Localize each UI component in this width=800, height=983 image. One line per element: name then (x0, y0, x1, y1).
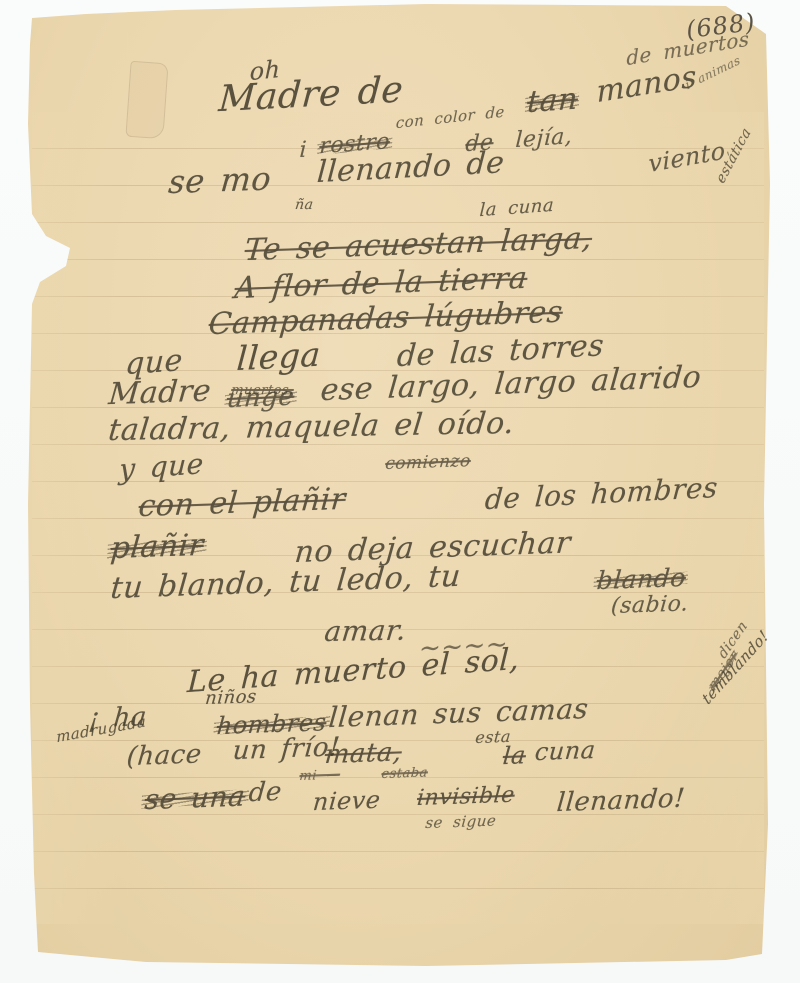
handwriting-fragment: llega (236, 338, 322, 376)
handwriting-fragment: con el plañir (137, 485, 347, 522)
handwriting-fragment: lejía, (515, 126, 573, 152)
handwriting-fragment: de (248, 779, 283, 806)
handwriting-fragment: con color de (396, 105, 505, 132)
handwriting-fragment: estaba (381, 766, 429, 781)
handwriting-fragment: tu blando, tu ledo, tu (109, 562, 462, 604)
handwriting-fragment: de los hombres (484, 474, 719, 514)
handwriting-fragment: se sigue (425, 814, 497, 832)
handwriting-fragment: blando (596, 565, 687, 593)
handwriting-fragment: nieve (312, 788, 382, 814)
handwriting-fragment: se mo (167, 162, 272, 198)
handwriting-fragment: niños (204, 688, 257, 708)
handwriting-layer: de muertosi animasohMadre detanmanoscon … (0, 0, 800, 983)
handwriting-fragment: amar. (323, 617, 408, 646)
handwriting-fragment: unge (226, 384, 296, 412)
handwriting-fragment: viento (648, 138, 726, 176)
handwriting-fragment: se una (144, 782, 247, 814)
handwriting-fragment: taladra, maquela el oído. (107, 409, 516, 446)
handwriting-fragment: (hace (126, 741, 203, 770)
handwriting-fragment: ese largo, largo alarido (319, 363, 702, 406)
handwriting-fragment: plañir (109, 531, 205, 564)
handwriting-fragment: llenando de (316, 148, 506, 188)
handwriting-fragment: Madre de (217, 72, 404, 118)
handwriting-fragment: llenan sus camas (328, 695, 590, 732)
handwriting-fragment: la (502, 743, 527, 768)
handwriting-fragment: llenando! (556, 786, 686, 817)
handwriting-fragment: mata, (324, 739, 403, 768)
handwriting-fragment: Madre (107, 376, 212, 410)
handwriting-fragment: mi — (299, 769, 341, 783)
handwriting-fragment: ña (294, 198, 314, 212)
handwriting-fragment: (sabio. (610, 593, 689, 618)
manuscript-scan: (688) de muertosi animasohMadre detanman… (0, 0, 800, 983)
handwriting-fragment: manos (596, 62, 697, 108)
handwriting-fragment: cuna (534, 738, 597, 764)
handwriting-fragment: Te se acuestan larga, (243, 224, 593, 266)
handwriting-fragment: i (299, 139, 308, 162)
handwriting-fragment: invisible (416, 785, 516, 810)
handwriting-fragment: tan (526, 84, 578, 118)
handwriting-fragment: la cuna (479, 197, 554, 220)
handwriting-fragment: y que (119, 450, 205, 484)
handwriting-fragment: comienzo (385, 453, 472, 473)
